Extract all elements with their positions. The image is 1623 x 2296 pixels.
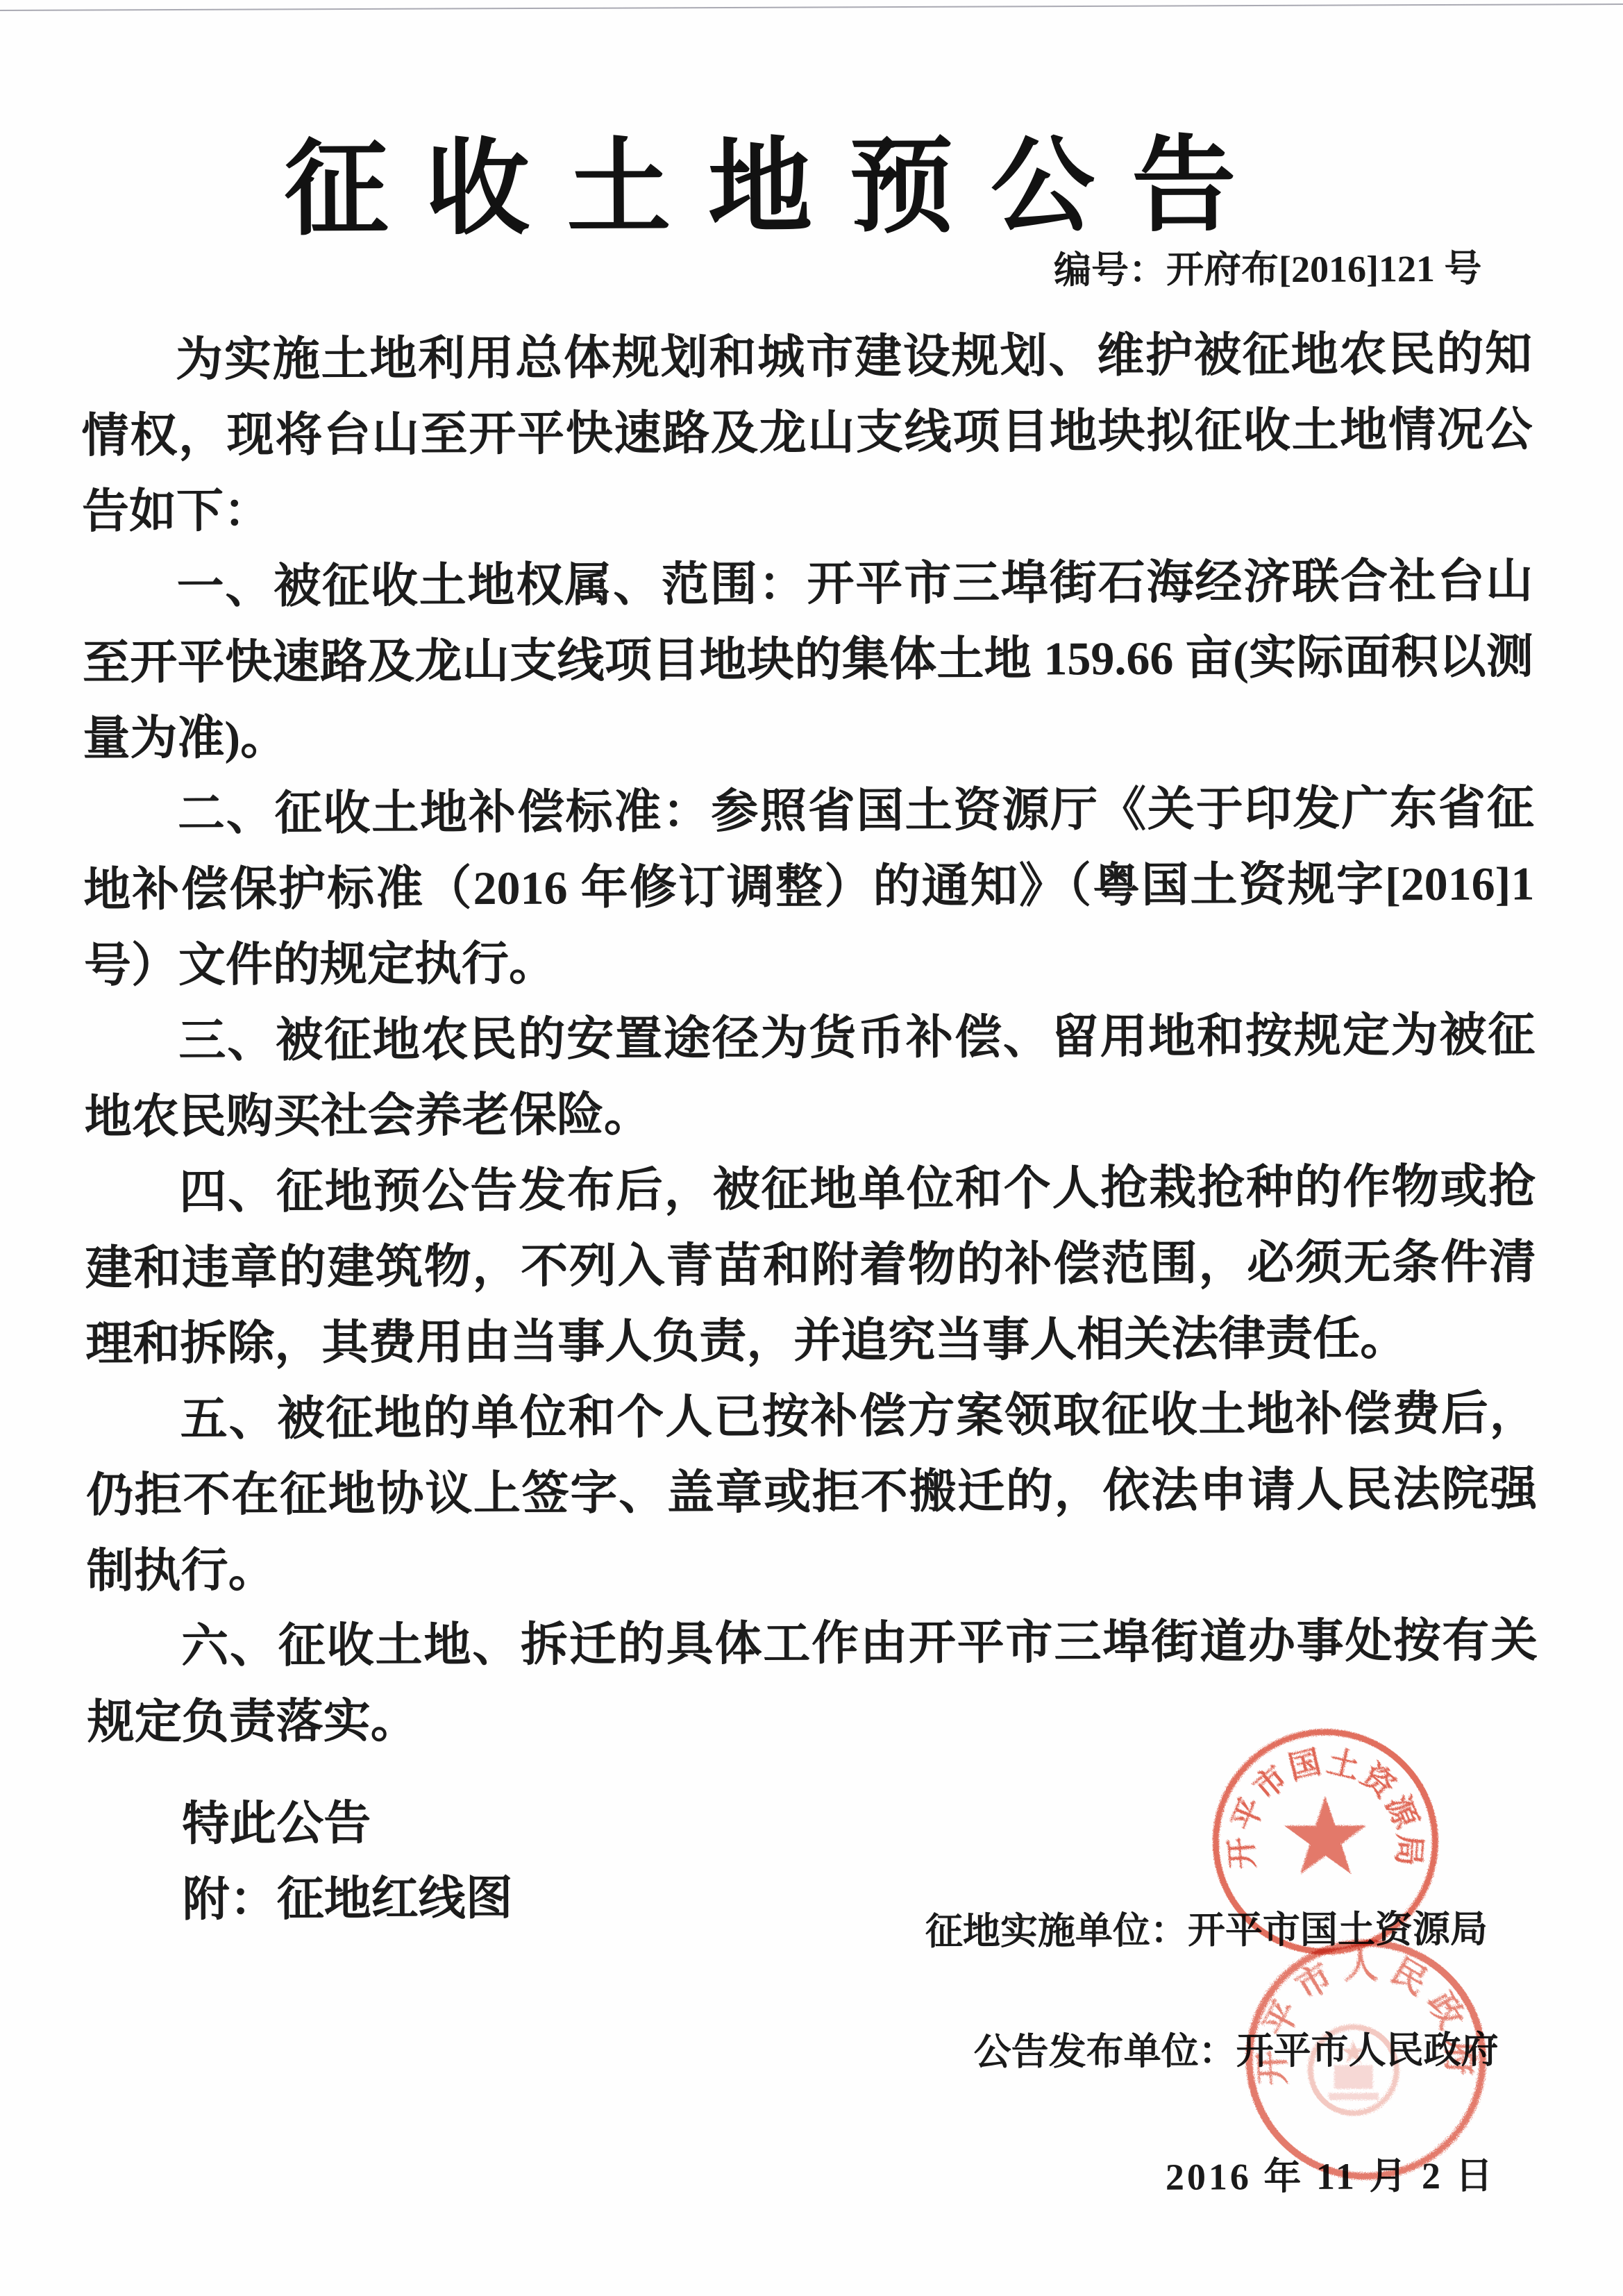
svg-text:开平市人民政府: 开平市人民政府 (1252, 1946, 1480, 2086)
document-number: 编号：开府布[2016]121 号 (0, 238, 1620, 299)
document-body: 为实施土地利用总体规划和城市建设规划、维护被征地农民的知情权，现将台山至开平快速… (81, 316, 1538, 1760)
star-icon (1284, 1796, 1366, 1875)
body-paragraph: 五、被征地的单位和个人已按补偿方案领取征收土地补偿费后，仍拒不在征地协议上签字、… (85, 1375, 1537, 1609)
page-title: 征 收 土 地 预 公 告 (0, 99, 1619, 256)
announcement-page: 征 收 土 地 预 公 告 编号：开府布[2016]121 号 为实施土地利用总… (0, 0, 1623, 2296)
body-paragraph: 三、被征地农民的安置途径为货币补偿、留用地和按规定为被征地农民购买社会养老保险。 (84, 997, 1536, 1155)
body-paragraph: 二、征收土地补偿标准：参照省国土资源厅《关于印发广东省征地补偿保护标准（2016… (83, 770, 1535, 1003)
body-paragraph: 为实施土地利用总体规划和城市建设规划、维护被征地农民的知情权，现将台山至开平快速… (81, 316, 1533, 549)
body-paragraph: 一、被征收土地权属、范围：开平市三埠街石海经济联合社台山至开平快速路及龙山支线项… (82, 543, 1533, 776)
seal-text: 开平市人民政府 (1252, 1946, 1480, 2086)
document-content: 征 收 土 地 预 公 告 编号：开府布[2016]121 号 为实施土地利用总… (0, 0, 1623, 2296)
national-emblem-icon (1311, 2027, 1397, 2113)
body-paragraph: 四、征地预公告发布后，被征地单位和个人抢栽抢种的作物或抢建和违章的建筑物，不列入… (85, 1148, 1536, 1382)
government-seal: 开平市人民政府 (1213, 1907, 1520, 2213)
